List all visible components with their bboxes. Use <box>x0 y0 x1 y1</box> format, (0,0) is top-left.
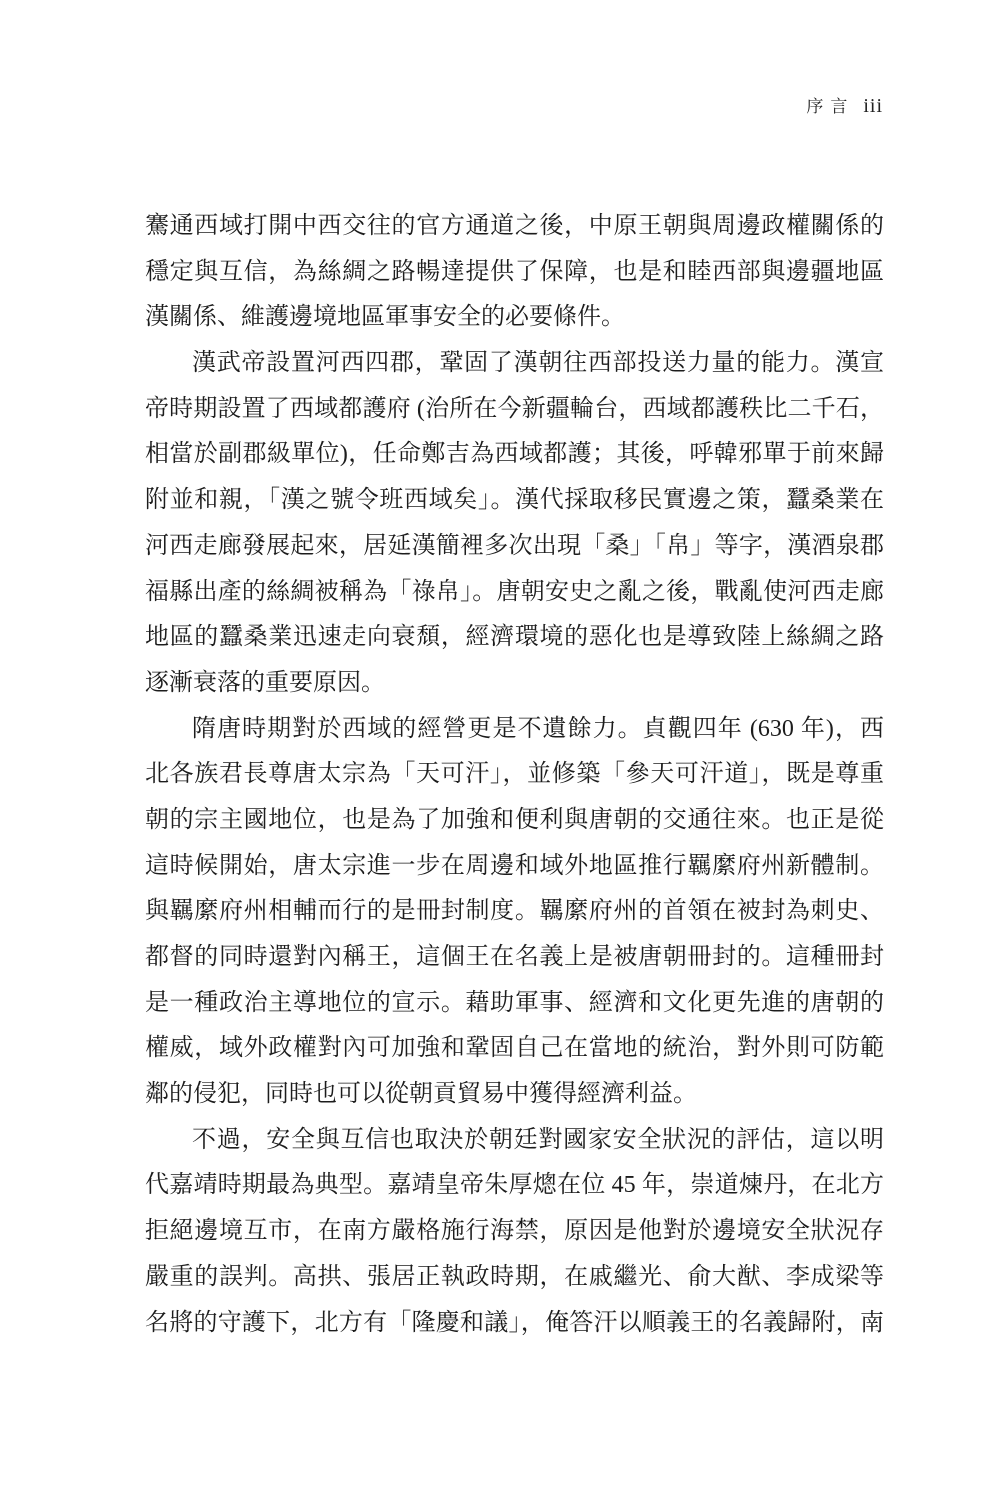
text-body: 騫通西域打開中西交往的官方通道之後，中原王朝與周邊政權關係的 穩定與互信，為絲綢… <box>145 204 884 1346</box>
text-line: 福縣出產的絲綢被稱為「祿帛」。唐朝安史之亂之後，戰亂使河西走廊 <box>145 570 884 616</box>
text-line: 與羈縻府州相輔而行的是冊封制度。羈縻府州的首領在被封為刺史、 <box>145 889 884 935</box>
text-line: 逐漸衰落的重要原因。 <box>145 661 884 707</box>
text-line: 騫通西域打開中西交往的官方通道之後，中原王朝與周邊政權關係的 <box>145 204 884 250</box>
text-line: 朝的宗主國地位，也是為了加強和便利與唐朝的交通往來。也正是從 <box>145 798 884 844</box>
text-line: 都督的同時還對內稱王，這個王在名義上是被唐朝冊封的。這種冊封 <box>145 935 884 981</box>
paragraph-4: 不過，安全與互信也取決於朝廷對國家安全狀況的評估，這以明 代嘉靖時期最為典型。嘉… <box>145 1118 884 1346</box>
text-line: 漢武帝設置河西四郡，鞏固了漢朝往西部投送力量的能力。漢宣 <box>145 341 884 387</box>
text-line: 地區的蠶桑業迅速走向衰頹，經濟環境的惡化也是導致陸上絲綢之路 <box>145 615 884 661</box>
book-page: 序言 iii 騫通西域打開中西交往的官方通道之後，中原王朝與周邊政權關係的 穩定… <box>0 0 1000 1494</box>
text-line: 帝時期設置了西域都護府 (治所在今新疆輪台，西域都護秩比二千石， <box>145 387 884 433</box>
text-line: 穩定與互信，為絲綢之路暢達提供了保障，也是和睦西部與邊疆地區胡 <box>145 250 884 296</box>
text-line: 相當於副郡級單位)，任命鄭吉為西域都護；其後，呼韓邪單于前來歸 <box>145 432 884 478</box>
text-line: 嚴重的誤判。高拱、張居正執政時期，在戚繼光、俞大猷、李成梁等 <box>145 1255 884 1301</box>
text-line: 鄰的侵犯，同時也可以從朝貢貿易中獲得經濟利益。 <box>145 1072 884 1118</box>
text-line: 附並和親，「漢之號令班西域矣」。漢代採取移民實邊之策，蠶桑業在 <box>145 478 884 524</box>
paragraph-2: 漢武帝設置河西四郡，鞏固了漢朝往西部投送力量的能力。漢宣 帝時期設置了西域都護府… <box>145 341 884 707</box>
section-title: 序言 <box>806 92 854 117</box>
paragraph-3: 隋唐時期對於西域的經營更是不遺餘力。貞觀四年 (630 年)，西 北各族君長尊唐… <box>145 707 884 1118</box>
text-line: 是一種政治主導地位的宣示。藉助軍事、經濟和文化更先進的唐朝的 <box>145 981 884 1027</box>
text-line: 北各族君長尊唐太宗為「天可汗」，並修築「參天可汗道」，既是尊重唐 <box>145 752 884 798</box>
text-line: 不過，安全與互信也取決於朝廷對國家安全狀況的評估，這以明 <box>145 1118 884 1164</box>
text-line: 隋唐時期對於西域的經營更是不遺餘力。貞觀四年 (630 年)，西 <box>145 707 884 753</box>
text-line: 名將的守護下，北方有「隆慶和議」，俺答汗以順義王的名義歸附，南 <box>145 1301 884 1347</box>
text-line: 這時候開始，唐太宗進一步在周邊和域外地區推行羈縻府州新體制。 <box>145 844 884 890</box>
running-header: 序言 iii <box>806 92 883 118</box>
text-line: 拒絕邊境互市，在南方嚴格施行海禁，原因是他對於邊境安全狀況存在 <box>145 1209 884 1255</box>
page-number: iii <box>863 95 883 118</box>
text-line: 代嘉靖時期最為典型。嘉靖皇帝朱厚熜在位 45 年，崇道煉丹，在北方 <box>145 1163 884 1209</box>
text-line: 權威，域外政權對內可加強和鞏固自己在當地的統治，對外則可防範強 <box>145 1026 884 1072</box>
paragraph-1: 騫通西域打開中西交往的官方通道之後，中原王朝與周邊政權關係的 穩定與互信，為絲綢… <box>145 204 884 341</box>
text-line: 漢關係、維護邊境地區軍事安全的必要條件。 <box>145 295 884 341</box>
text-line: 河西走廊發展起來，居延漢簡裡多次出現「桑」「帛」等字，漢酒泉郡祿 <box>145 524 884 570</box>
